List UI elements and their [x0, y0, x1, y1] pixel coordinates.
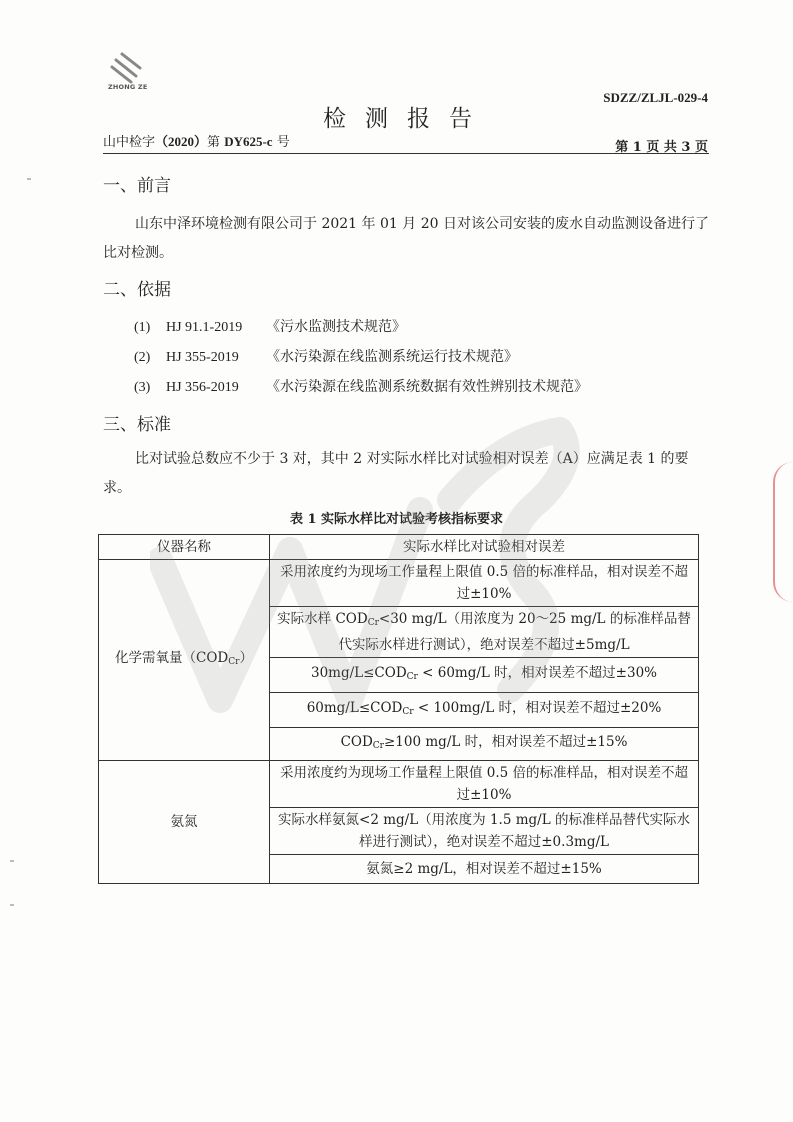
instrument-name-ammonia: 氨氮: [99, 761, 270, 884]
table-row: 化学需氧量（CODCr） 采用浓度约为现场工作量程上限值 0.5 倍的标准样品，…: [99, 560, 699, 607]
instrument-name-cod: 化学需氧量（CODCr）: [99, 560, 270, 761]
table-cell: 30mg/L≤CODCr < 60mg/L 时，相对误差不超过±30%: [270, 658, 699, 693]
table-cell: 采用浓度约为现场工作量程上限值 0.5 倍的标准样品，相对误差不超过±10%: [270, 761, 699, 808]
column-header: 实际水样比对试验相对误差: [270, 535, 699, 560]
header-divider: [103, 153, 709, 154]
standard-paragraph: 比对试验总数应不少于 3 对，其中 2 对实际水样比对试验相对误差（A）应满足表…: [103, 445, 709, 503]
column-header: 仪器名称: [99, 535, 270, 560]
logo-text: ZHONG ZE: [108, 83, 147, 91]
section-heading-standard: 三、标准: [103, 410, 171, 435]
table-header-row: 仪器名称 实际水样比对试验相对误差: [99, 535, 699, 560]
table-cell: 实际水样氨氮<2 mg/L（用浓度为 1.5 mg/L 的标准样品替代实际水样进…: [270, 808, 699, 855]
table-cell: 采用浓度约为现场工作量程上限值 0.5 倍的标准样品，相对误差不超过±10%: [270, 560, 699, 607]
table-cell: CODCr≥100 mg/L 时，相对误差不超过±15%: [270, 728, 699, 761]
table-cell: 60mg/L≤CODCr < 100mg/L 时，相对误差不超过±20%: [270, 693, 699, 728]
reference-item: (2)HJ 355-2019《水污染源在线监测系统运行技术规范》: [134, 346, 518, 366]
document-code: SDZZ/ZLJL-029-4: [603, 90, 708, 106]
section-heading-preface: 一、前言: [103, 171, 171, 196]
scan-speck: [10, 904, 14, 906]
report-number: 山中检字（2020）第 DY625-c 号: [103, 131, 290, 150]
table-row: 氨氮 采用浓度约为现场工作量程上限值 0.5 倍的标准样品，相对误差不超过±10…: [99, 761, 699, 808]
table-cell: 氨氮≥2 mg/L，相对误差不超过±15%: [270, 855, 699, 884]
scan-speck: [10, 860, 14, 862]
reference-item: (3)HJ 356-2019《水污染源在线监测系统数据有效性辨别技术规范》: [134, 376, 588, 396]
seal-stamp-icon: [773, 462, 793, 602]
reference-item: (1)HJ 91.1-2019《污水监测技术规范》: [134, 316, 406, 336]
preface-paragraph: 山东中泽环境检测有限公司于 2021 年 01 月 20 日对该公司安装的废水自…: [103, 210, 709, 268]
page-title: 检测报告: [323, 100, 491, 133]
table-caption: 表 1 实际水样比对试验考核指标要求: [0, 508, 793, 527]
table-cell: 实际水样 CODCr<30 mg/L（用浓度为 20～25 mg/L 的标准样品…: [270, 607, 699, 658]
scan-speck: [27, 178, 31, 180]
requirements-table: 仪器名称 实际水样比对试验相对误差 化学需氧量（CODCr） 采用浓度约为现场工…: [98, 534, 699, 884]
section-heading-basis: 二、依据: [103, 275, 171, 300]
